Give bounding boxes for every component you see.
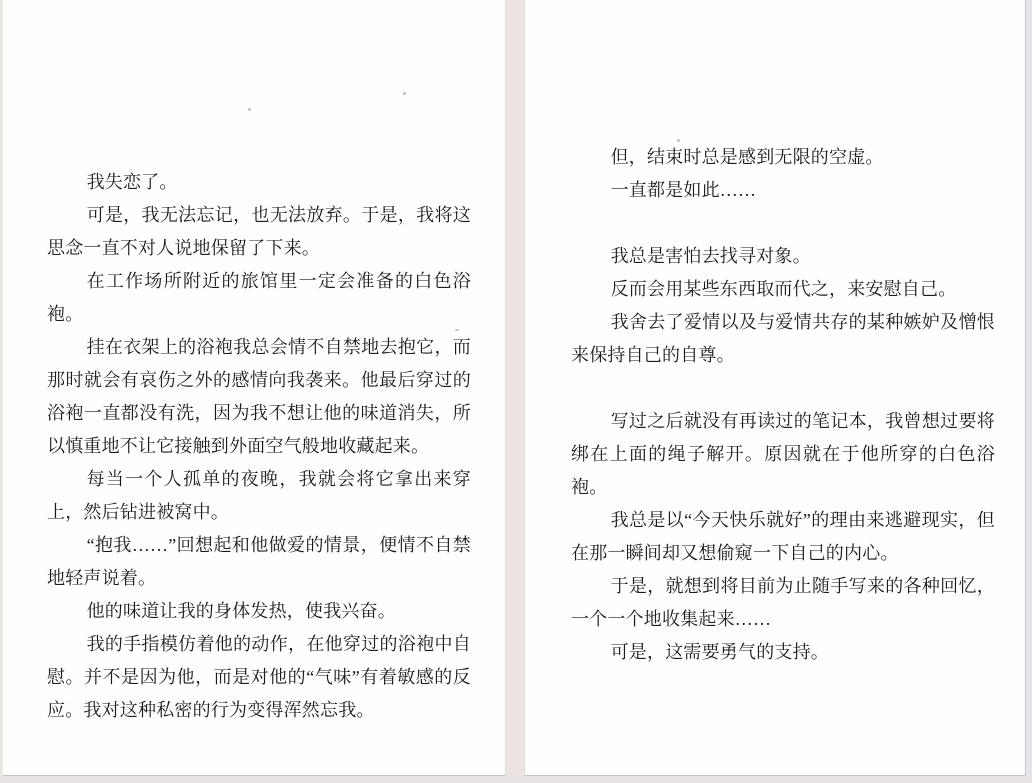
paragraph: 于是，就想到将目前为止随手写来的各种回忆，一个一个地收集起来…… xyxy=(571,570,995,636)
page-gutter xyxy=(505,0,524,776)
paragraph: 可是，我无法忘记，也无法放弃。于是，我将这思念一直不对人说地保留了下来。 xyxy=(47,199,471,265)
paragraph: 写过之后就没有再读过的笔记本，我曾想过要将绑在上面的绳子解开。原因就在于他所穿的… xyxy=(571,405,995,504)
paragraph: 他的味道让我的身体发热，使我兴奋。 xyxy=(47,595,471,628)
right-page-text: 但，结束时总是感到无限的空虚。一直都是如此……我总是害怕去找寻对象。反而会用某些… xyxy=(571,141,995,669)
paragraph: “抱我……”回想起和他做爱的情景，便情不自禁地轻声说着。 xyxy=(47,529,471,595)
right-page: 但，结束时总是感到无限的空虚。一直都是如此……我总是害怕去找寻对象。反而会用某些… xyxy=(524,0,1026,776)
paragraph: 可是，这需要勇气的支持。 xyxy=(571,636,995,669)
paragraph: 我舍去了爱情以及与爱情共存的某种嫉妒及憎恨来保持自己的自尊。 xyxy=(571,306,995,372)
book-spread: 我失恋了。可是，我无法忘记，也无法放弃。于是，我将这思念一直不对人说地保留了下来… xyxy=(0,0,1032,783)
scan-speck xyxy=(248,108,251,111)
paragraph: 我的手指模仿着他的动作，在他穿过的浴袍中自慰。并不是因为他，而是对他的“气味”有… xyxy=(47,628,471,727)
scan-speck xyxy=(403,92,406,95)
paragraph: 但，结束时总是感到无限的空虚。 xyxy=(571,141,995,174)
paragraph: 反而会用某些东西取而代之，来安慰自己。 xyxy=(571,273,995,306)
paragraph: 我总是害怕去找寻对象。 xyxy=(571,240,995,273)
paragraph: 我总是以“今天快乐就好”的理由来逃避现实，但在那一瞬间却又想偷窥一下自己的内心。 xyxy=(571,504,995,570)
paragraph xyxy=(571,372,995,405)
scan-speck xyxy=(948,510,950,512)
paragraph: 在工作场所附近的旅馆里一定会准备的白色浴袍。 xyxy=(47,265,471,331)
paragraph: 挂在衣架上的浴袍我总会情不自禁地去抱它，而那时就会有哀伤之外的感情向我袭来。他最… xyxy=(47,331,471,463)
left-page-text: 我失恋了。可是，我无法忘记，也无法放弃。于是，我将这思念一直不对人说地保留了下来… xyxy=(47,166,471,727)
paragraph: 每当一个人孤单的夜晚，我就会将它拿出来穿上，然后钻进被窝中。 xyxy=(47,463,471,529)
scan-speck xyxy=(677,139,680,142)
paragraph xyxy=(571,207,995,240)
paragraph: 我失恋了。 xyxy=(47,166,471,199)
scan-speck xyxy=(455,329,459,331)
left-page: 我失恋了。可是，我无法忘记，也无法放弃。于是，我将这思念一直不对人说地保留了下来… xyxy=(3,0,506,776)
paragraph: 一直都是如此…… xyxy=(571,174,995,207)
